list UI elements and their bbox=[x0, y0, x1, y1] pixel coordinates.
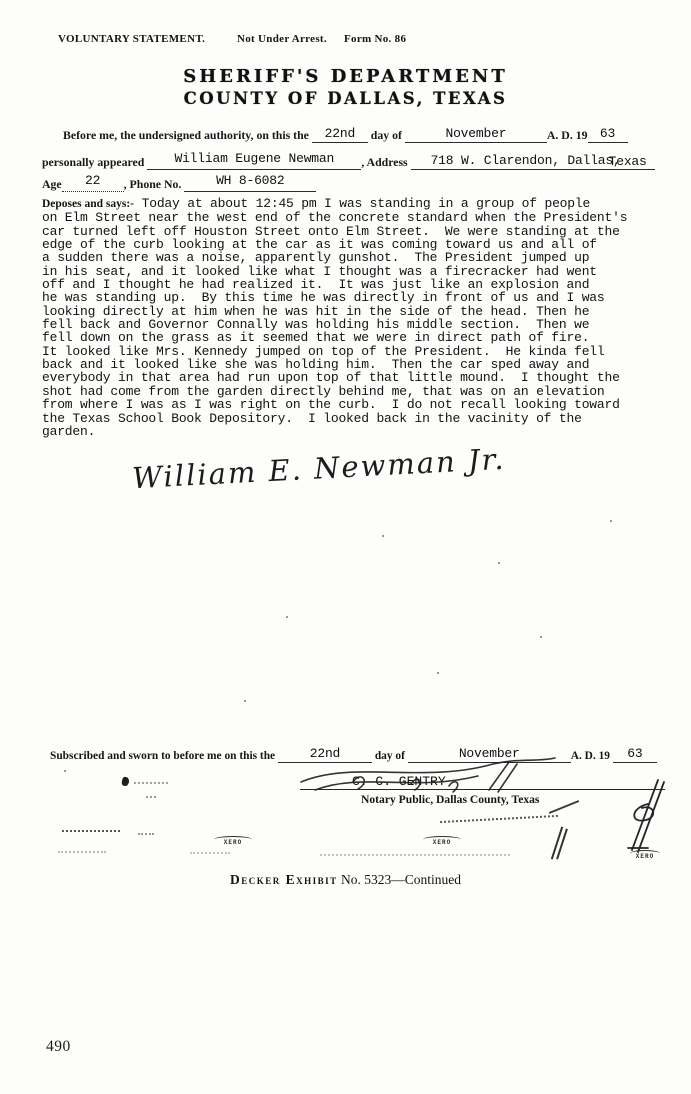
day-of-label: day of bbox=[371, 128, 402, 142]
address-label: , Address bbox=[361, 155, 407, 169]
arrest-status-label: Not Under Arrest. bbox=[237, 33, 327, 45]
before-me-row: Before me, the undersigned authority, on… bbox=[42, 128, 628, 143]
address-line2: Texas bbox=[609, 154, 647, 169]
appeared-row: personally appeared William Eugene Newma… bbox=[42, 155, 655, 170]
page-number: 490 bbox=[46, 1038, 71, 1056]
form-type-label: VOLUNTARY STATEMENT. bbox=[58, 33, 205, 45]
age-label: Age bbox=[42, 177, 62, 191]
scan-dots-bottom-3 bbox=[320, 854, 510, 856]
scan-speck bbox=[437, 672, 439, 674]
scan-speck bbox=[610, 520, 612, 522]
scan-speck bbox=[286, 616, 288, 618]
scan-speck bbox=[382, 535, 384, 537]
personally-appeared-label: personally appeared bbox=[42, 155, 144, 169]
month-field: November bbox=[405, 128, 547, 143]
notary-year-field: 63 bbox=[613, 748, 657, 763]
ribbon-scribble bbox=[614, 778, 680, 862]
xero-stamp-text: XERO bbox=[212, 839, 254, 846]
name-field: William Eugene Newman bbox=[147, 155, 361, 170]
ad-label: A. D. 19 bbox=[547, 128, 588, 142]
scribble-dashed-line bbox=[440, 815, 558, 823]
smudge-dashes bbox=[134, 782, 168, 784]
address-field: 718 W. Clarendon, Dallas,Texas bbox=[411, 155, 655, 170]
witness-signature-text: William E. Newman Jr. bbox=[131, 442, 506, 496]
scan-dots-bottom-1 bbox=[58, 851, 106, 853]
scan-speck bbox=[498, 562, 500, 564]
statement-body: Deposes and says:- Today at about 12:45 … bbox=[42, 197, 674, 438]
exhibit-caption-name: Decker Exhibit bbox=[230, 872, 338, 887]
day-field: 22nd bbox=[312, 128, 368, 143]
scanned-document-page: VOLUNTARY STATEMENT. Not Under Arrest. F… bbox=[0, 0, 691, 1094]
year-field: 63 bbox=[588, 128, 628, 143]
scan-dots-bottom-2 bbox=[190, 852, 230, 854]
phone-label: , Phone No. bbox=[124, 177, 182, 191]
notary-signature-scrawl bbox=[293, 738, 583, 800]
ink-smudge bbox=[121, 776, 130, 786]
scan-speck bbox=[64, 770, 66, 772]
county-title: COUNTY OF DALLAS, TEXAS bbox=[0, 89, 691, 108]
statement-text: Today at about 12:45 pm I was standing i… bbox=[42, 196, 627, 439]
scan-speck bbox=[540, 636, 542, 638]
xero-stamp-1: XERO bbox=[212, 836, 254, 846]
smudge-dash-2 bbox=[146, 796, 156, 798]
scribble-stroke bbox=[549, 800, 579, 814]
address-line1: 718 W. Clarendon, Dallas, bbox=[431, 153, 621, 168]
deposes-label: Deposes and says:- bbox=[42, 198, 134, 210]
sworn-label: Subscribed and sworn to before me on thi… bbox=[50, 750, 275, 762]
phone-field: WH 8-6082 bbox=[184, 177, 316, 192]
xero-stamp-text: XERO bbox=[421, 839, 463, 846]
form-number-label: Form No. 86 bbox=[344, 33, 406, 45]
age-field: 22 bbox=[62, 177, 124, 192]
scan-speck bbox=[244, 700, 246, 702]
age-phone-row: Age22, Phone No. WH 8-6082 bbox=[42, 177, 316, 192]
exhibit-caption-number: No. 5323—Continued bbox=[338, 872, 461, 887]
exhibit-caption: Decker Exhibit No. 5323—Continued bbox=[0, 872, 691, 888]
scan-dash-left-2 bbox=[138, 833, 154, 835]
witness-signature: William E. Newman Jr. bbox=[118, 433, 538, 503]
xero-stamp-2: XERO bbox=[421, 836, 463, 846]
department-title: SHERIFF'S DEPARTMENT bbox=[0, 66, 691, 87]
scan-dashes-left bbox=[62, 830, 120, 832]
before-me-label: Before me, the undersigned authority, on… bbox=[63, 128, 309, 142]
